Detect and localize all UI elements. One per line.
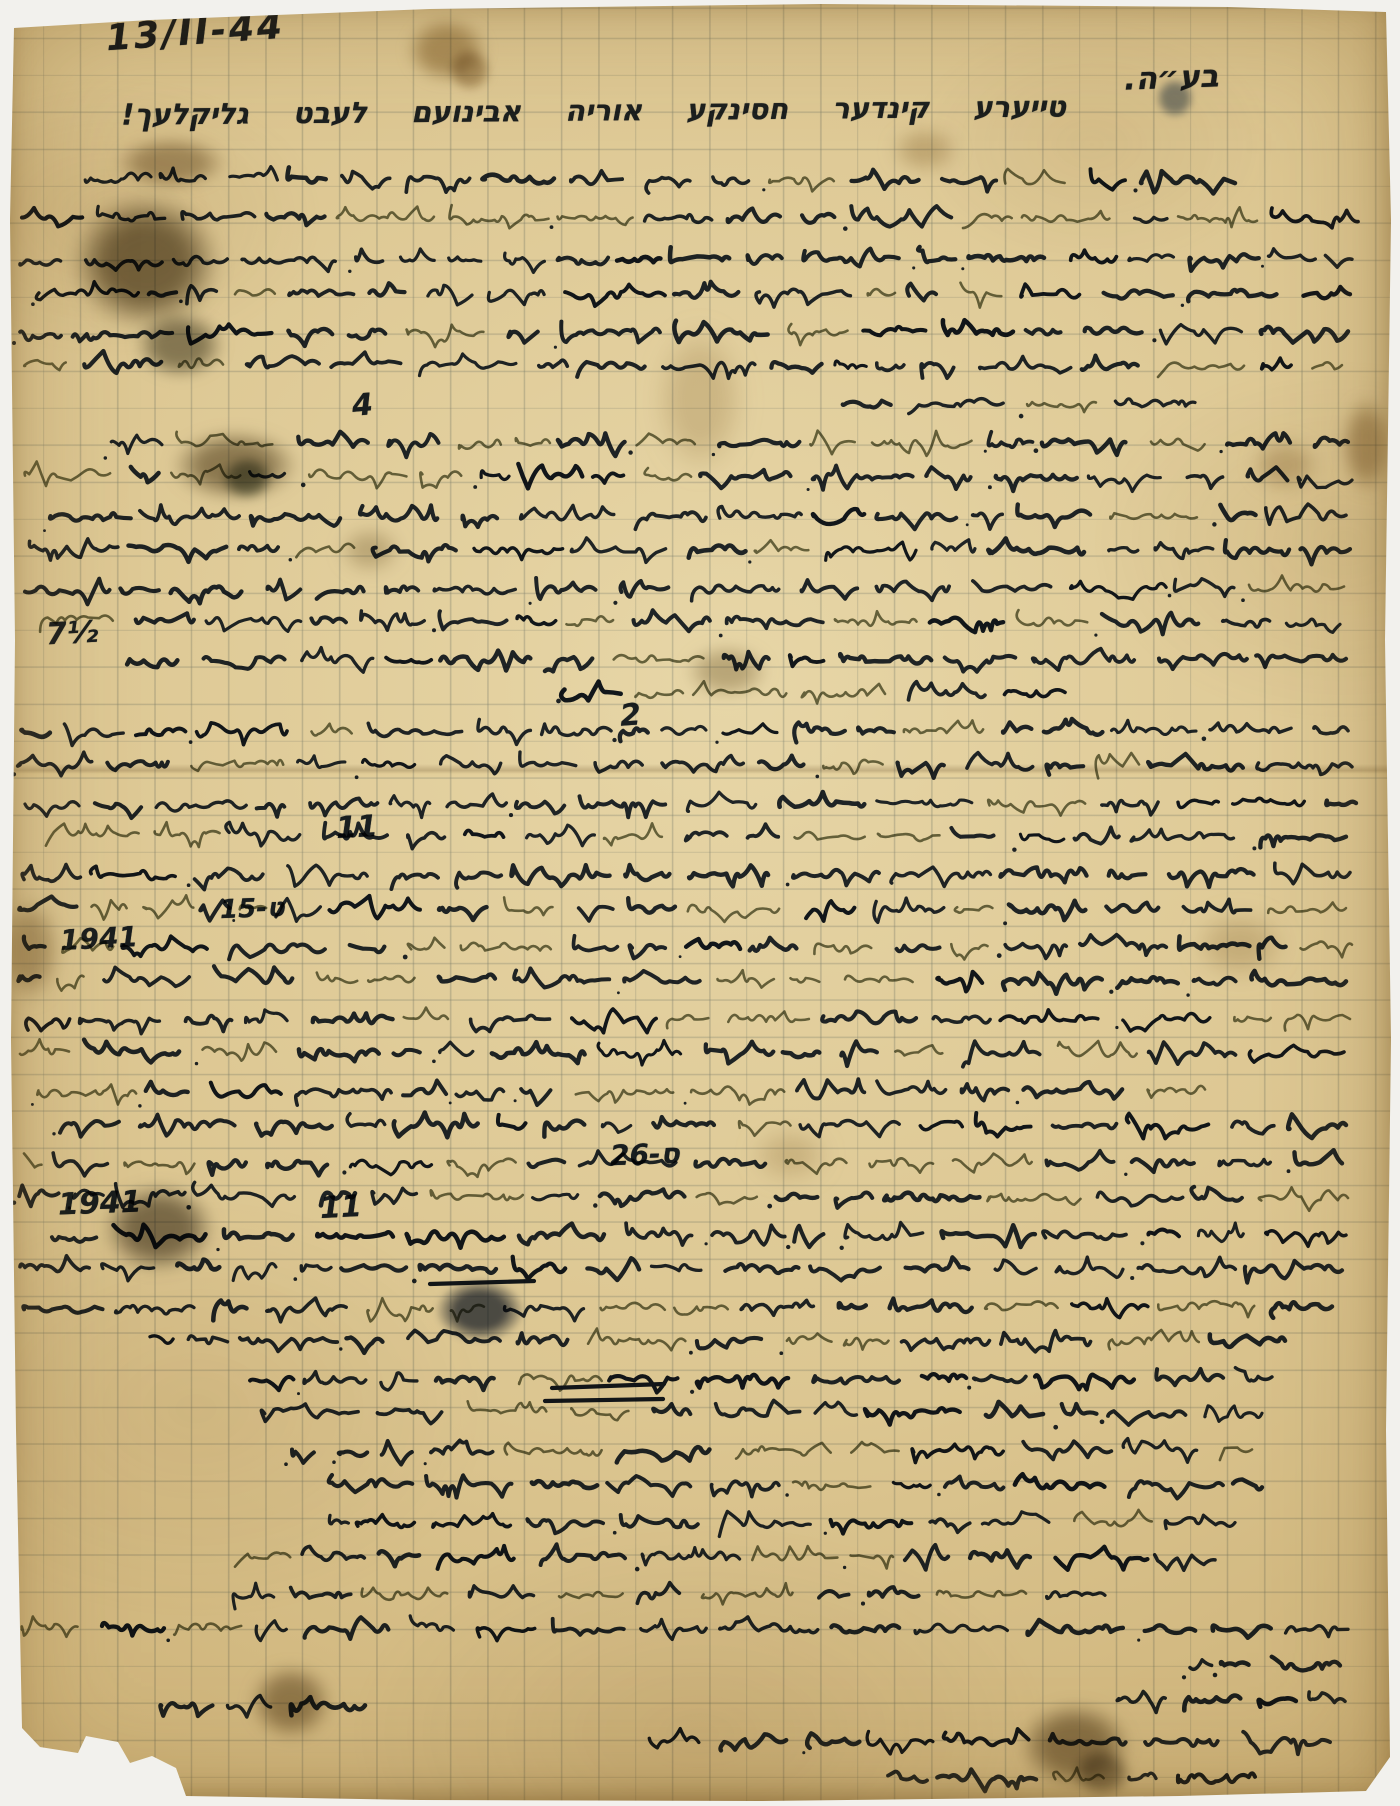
handwriting-word (1071, 250, 1117, 262)
ink-dot (412, 1279, 417, 1284)
ink-dot (961, 267, 964, 270)
ink-dot (332, 1460, 336, 1464)
handwriting-word (456, 1089, 503, 1100)
handwriting-word (819, 1591, 849, 1598)
handwriting-word (944, 1729, 1029, 1745)
handwriting-word (22, 1617, 78, 1637)
handwriting-word (408, 833, 445, 849)
handwriting-word (895, 1045, 942, 1055)
handwriting-word (1046, 1151, 1113, 1170)
handwriting-word (831, 1520, 912, 1534)
handwriting-word (1097, 1192, 1182, 1206)
handwriting-word (1109, 548, 1138, 552)
handwriting-word (73, 332, 172, 342)
handwriting-word (127, 659, 177, 667)
handwriting-word (794, 1226, 823, 1247)
handwriting-word (985, 1302, 1057, 1311)
handwriting-word (518, 464, 582, 489)
handwriting-word (22, 865, 80, 882)
handwriting-word (140, 1115, 235, 1136)
handwriting-word (233, 1583, 274, 1609)
handwriting-word (915, 1624, 1007, 1634)
handwriting-word (1174, 579, 1233, 597)
handwriting-word (379, 1551, 419, 1566)
handwriting-word (155, 822, 220, 847)
ink-dot (1202, 737, 1207, 742)
handwriting-word (1017, 610, 1088, 626)
handwriting-word (600, 1189, 685, 1206)
handwriting-word (305, 1617, 389, 1639)
handwriting-word (116, 1184, 185, 1208)
handwriting-word (941, 1225, 1034, 1247)
handwriting-word (1232, 1121, 1274, 1133)
handwriting-word (1165, 1515, 1235, 1528)
handwriting-word (628, 898, 675, 913)
handwriting-word (149, 292, 176, 296)
handwriting-word (1145, 1739, 1218, 1746)
ink-dot (1152, 338, 1156, 342)
ink-dot (1012, 847, 1016, 851)
handwriting-word (602, 1123, 630, 1132)
handwriting-word (937, 972, 982, 992)
handwriting-word (508, 332, 537, 343)
handwriting-word (776, 1194, 818, 1200)
handwriting-word (868, 289, 895, 295)
handwriting-word (469, 1586, 533, 1598)
handwriting-word (25, 462, 111, 487)
handwriting-word (52, 1237, 96, 1242)
ink-dot (1133, 188, 1137, 192)
handwriting-word (1155, 1555, 1215, 1571)
handwriting-word (1156, 1369, 1223, 1385)
handwriting-word (1005, 690, 1066, 697)
handwriting-word (368, 723, 461, 736)
handwriting-word (980, 357, 1071, 373)
handwriting-word (292, 1450, 314, 1463)
handwriting-word (288, 329, 332, 346)
handwriting-word (408, 938, 445, 950)
handwriting-word (813, 509, 864, 524)
handwriting-word (1001, 1331, 1091, 1352)
handwriting-word (19, 1185, 58, 1206)
handwriting-word (559, 1592, 623, 1598)
handwriting-word (1129, 255, 1174, 262)
handwriting-word (150, 1336, 173, 1344)
handwriting-word (302, 648, 373, 673)
handwriting-word (1044, 719, 1103, 735)
handwriting-word (1210, 1335, 1285, 1347)
handwriting-word (877, 800, 972, 807)
handwriting-word (930, 1519, 970, 1532)
handwriting-word (129, 545, 227, 562)
ink-dot (1130, 1276, 1134, 1280)
handwriting-word (420, 1265, 496, 1273)
ink-dot (635, 1567, 640, 1572)
handwriting-word (635, 512, 706, 529)
handwriting-word (839, 1303, 866, 1308)
handwriting-word (25, 802, 79, 817)
handwriting-word (646, 178, 690, 194)
handwriting-word (1219, 1160, 1270, 1166)
handwriting-word (963, 1041, 1040, 1067)
handwriting-word (876, 581, 949, 600)
handwriting-word (179, 359, 223, 368)
handwriting-word (652, 1265, 701, 1271)
handwriting-word (807, 1733, 859, 1748)
handwriting-word (720, 1734, 786, 1750)
handwriting-word (1213, 1626, 1271, 1638)
handwriting-word (769, 178, 834, 192)
handwriting-word (909, 682, 985, 700)
handwriting-word (439, 611, 506, 629)
handwriting-word (1017, 505, 1090, 528)
handwriting-word (296, 1089, 391, 1105)
handwriting-word (1325, 255, 1352, 267)
ink-dot (232, 919, 235, 922)
handwriting-word (1233, 1479, 1262, 1489)
handwriting-word (620, 728, 648, 741)
handwriting-word (687, 792, 755, 811)
ink-dot (937, 1493, 941, 1497)
ink-dot (679, 955, 682, 958)
handwriting-word (1248, 467, 1288, 480)
handwriting-word (520, 752, 576, 766)
handwriting-word (841, 1041, 877, 1066)
handwriting-word (718, 506, 801, 518)
handwriting-word (1141, 171, 1235, 193)
ink-dot (189, 740, 193, 744)
handwriting-word (256, 1621, 286, 1641)
handwriting-word (706, 1042, 774, 1064)
ink-dot (1016, 1101, 1020, 1105)
handwriting-word (571, 1408, 628, 1420)
handwriting-word (324, 823, 387, 839)
handwriting-word (851, 1555, 893, 1568)
handwriting-word (1183, 899, 1250, 912)
handwriting-word (124, 1162, 194, 1174)
handwriting-word (1009, 901, 1086, 921)
handwriting-word (516, 438, 550, 445)
handwriting-word (791, 978, 820, 982)
ink-dot (1100, 1419, 1105, 1424)
handwriting-word (670, 247, 729, 262)
handwriting-word (756, 289, 850, 307)
handwriting-word (50, 513, 131, 521)
ink-dot (339, 1347, 342, 1350)
ink-dot (684, 1102, 687, 1105)
handwriting-word (814, 944, 871, 954)
handwriting-word (852, 170, 919, 189)
ink-dot (1212, 522, 1216, 526)
handwriting-word (251, 514, 340, 526)
handwriting-word (620, 581, 668, 597)
handwriting-word (790, 655, 824, 666)
handwriting-word (377, 1409, 441, 1423)
handwriting-word (191, 760, 283, 771)
handwriting-word (1223, 619, 1270, 627)
ink-dot (912, 266, 915, 269)
ink-dot (12, 772, 16, 776)
handwriting-word (1003, 973, 1102, 994)
handwriting-word (579, 907, 613, 921)
handwriting-word (1189, 254, 1258, 270)
handwriting-word (851, 206, 951, 227)
handwriting-word (431, 1190, 523, 1200)
ink-dot (301, 483, 306, 488)
handwriting-word (171, 587, 242, 604)
handwriting-word (951, 944, 987, 959)
handwriting-word (695, 1159, 765, 1167)
handwriting-word (1134, 217, 1167, 222)
handwriting-word (1301, 942, 1353, 958)
handwriting-word (1145, 1625, 1196, 1633)
handwriting-word (1127, 1114, 1209, 1139)
handwriting-word (1184, 1696, 1240, 1711)
ink-dot (613, 601, 617, 605)
handwriting-word (897, 945, 940, 951)
handwriting-word (266, 213, 324, 225)
ink-dot (779, 1351, 783, 1355)
handwriting-word (95, 803, 141, 818)
handwriting-word (1256, 655, 1346, 667)
handwriting-word (310, 798, 377, 815)
handwriting-word (1210, 723, 1291, 732)
handwriting-word (146, 1082, 188, 1095)
handwriting-word (1158, 1301, 1254, 1317)
handwriting-word (312, 724, 352, 736)
ink-dot (704, 1242, 707, 1245)
handwriting-word (1326, 801, 1356, 805)
handwriting-word (481, 471, 509, 480)
handwriting-word (962, 1084, 1009, 1101)
handwriting-word (663, 363, 755, 379)
handwriting-word (987, 1194, 1080, 1205)
ink-dot (186, 1205, 191, 1210)
handwriting-word (787, 1334, 832, 1344)
handwriting-word (1020, 834, 1063, 842)
handwriting-word (520, 505, 613, 519)
handwriting-word (788, 324, 847, 345)
handwriting-word (440, 651, 530, 671)
handwriting-word (1249, 1045, 1344, 1062)
handwriting-word (21, 730, 50, 737)
handwriting-word (1003, 722, 1031, 732)
handwriting-word (674, 321, 767, 342)
handwriting-word (739, 1121, 791, 1136)
handwriting-word (614, 655, 704, 662)
handwriting-word (662, 726, 706, 734)
ink-dot (767, 1204, 772, 1209)
handwriting-word (649, 1729, 699, 1748)
ink-dot (12, 341, 16, 345)
handwriting-word (331, 352, 400, 367)
ink-dot (12, 1200, 16, 1204)
handwriting-word (724, 652, 769, 670)
handwriting-word (865, 1408, 960, 1425)
handwriting-word (1251, 971, 1346, 985)
handwriting-word (350, 945, 385, 952)
handwriting-word (1262, 358, 1291, 370)
handwriting-word (1033, 649, 1135, 670)
handwriting-word (111, 435, 162, 453)
handwriting-word (1198, 1223, 1243, 1242)
handwriting-word (228, 1696, 271, 1718)
handwriting-word (845, 976, 913, 982)
handwriting-word (188, 1336, 227, 1344)
handwriting-word (713, 177, 749, 185)
handwriting-word (330, 896, 420, 919)
handwriting-word (140, 505, 239, 524)
handwriting-word (968, 255, 1044, 261)
handwriting-word (1187, 476, 1222, 489)
handwriting-word (674, 1306, 728, 1315)
handwriting-word (1023, 1082, 1122, 1099)
handwriting-word (593, 473, 624, 483)
handwriting-word (267, 1161, 327, 1176)
handwriting-word (558, 433, 625, 456)
handwriting-word (822, 1011, 916, 1023)
handwriting-word (313, 1013, 393, 1023)
handwriting-word (536, 578, 595, 599)
handwriting-word (1158, 363, 1244, 377)
handwriting-word (741, 1300, 813, 1315)
handwriting-word (937, 1769, 1036, 1791)
handwriting-word (844, 1338, 889, 1349)
handwriting-word (317, 973, 357, 983)
handwriting-word (702, 1583, 793, 1604)
handwriting-word (301, 1265, 331, 1271)
handwriting-word (976, 1113, 1031, 1137)
handwriting-word (625, 865, 669, 880)
handwriting-word (391, 874, 438, 889)
handwriting-word (1178, 1773, 1255, 1783)
handwriting-word (858, 727, 894, 733)
handwriting-word (1159, 654, 1247, 669)
handwriting-word (1132, 1159, 1194, 1172)
ink-dot (348, 270, 351, 273)
handwriting-word (240, 905, 266, 909)
handwriting-word (558, 216, 633, 225)
handwriting-word (1190, 1660, 1212, 1669)
handwriting-word (637, 1583, 679, 1604)
handwriting-word (617, 257, 660, 262)
handwriting-word (630, 945, 666, 959)
handwriting-word (511, 865, 609, 886)
ink-dot (403, 955, 408, 960)
handwriting-word (213, 1301, 246, 1321)
handwriting-word (634, 610, 710, 631)
handwriting-word (246, 1010, 288, 1023)
handwriting-word (700, 470, 790, 488)
handwriting-word (823, 760, 882, 774)
handwriting-word (433, 1514, 511, 1528)
handwriting-word (1303, 287, 1350, 298)
handwriting-word (920, 1121, 962, 1129)
handwriting-word (341, 1265, 406, 1271)
handwriting-word (84, 1040, 179, 1063)
handwriting-word (349, 330, 386, 339)
handwriting-word (214, 966, 292, 983)
handwriting-word (752, 1546, 837, 1560)
handwriting-word (967, 753, 1033, 770)
handwriting-word (617, 1447, 710, 1462)
handwriting-word (933, 1016, 990, 1023)
handwriting-word (267, 580, 300, 600)
handwriting-word (1178, 207, 1257, 227)
ink-dot (617, 991, 620, 994)
handwriting-word (961, 283, 1002, 308)
handwriting-word (1314, 727, 1348, 734)
handwriting-word (311, 617, 346, 623)
ink-dot (824, 1532, 827, 1535)
handwriting-word (46, 824, 139, 846)
handwriting-word (456, 873, 501, 888)
handwriting-word (653, 1117, 714, 1128)
handwriting-word (601, 1303, 665, 1310)
ink-dot (593, 1203, 597, 1207)
handwriting-word (18, 976, 39, 981)
handwriting-word (727, 617, 823, 629)
handwriting-word (24, 360, 66, 370)
handwriting-word (193, 1182, 295, 1206)
ink-dot (802, 1751, 805, 1754)
ink-dot (786, 1245, 790, 1249)
handwriting-word (1298, 476, 1352, 488)
handwriting-word (840, 654, 931, 663)
handwriting-word (912, 1444, 1003, 1462)
handwriting-word (686, 832, 727, 841)
handwriting-word (177, 1260, 219, 1270)
handwriting-word (382, 1441, 412, 1465)
handwriting-word (533, 1194, 578, 1199)
handwriting-word (79, 1018, 159, 1033)
handwriting-word (521, 1089, 550, 1105)
handwriting-word (1309, 1692, 1345, 1703)
handwriting-word (267, 1298, 346, 1322)
handwriting-word (403, 1081, 446, 1096)
handwriting-word (1169, 869, 1254, 887)
handwriting-word (996, 475, 1077, 491)
strike-through-line (430, 1281, 534, 1284)
handwriting-word (250, 1377, 293, 1390)
handwriting-word (160, 1703, 212, 1716)
handwriting-word (747, 255, 781, 264)
ink-dot (509, 813, 513, 817)
handwriting-word (1249, 576, 1344, 592)
handwriting-word (653, 1404, 690, 1415)
ink-dot (613, 1531, 617, 1535)
handwriting-word (1234, 1017, 1271, 1022)
handwriting-word (420, 354, 516, 376)
handwriting-word (1028, 1620, 1123, 1635)
handwriting-word (291, 1697, 365, 1715)
handwriting-word (361, 611, 425, 630)
handwriting-word (867, 1731, 933, 1754)
handwriting-word (1015, 1474, 1105, 1489)
handwriting-word (1205, 1406, 1262, 1422)
handwriting-word (890, 1299, 972, 1313)
handwriting-word (674, 282, 738, 298)
handwriting-word (986, 1402, 1043, 1417)
handwriting-word (517, 616, 556, 625)
handwriting-word (973, 581, 1051, 591)
ink-dot (554, 346, 557, 349)
handwriting-word (174, 256, 228, 265)
handwriting-word (209, 1160, 246, 1175)
handwriting-word (748, 824, 779, 838)
handwriting-word (1074, 827, 1119, 843)
handwriting-word (1148, 754, 1243, 771)
